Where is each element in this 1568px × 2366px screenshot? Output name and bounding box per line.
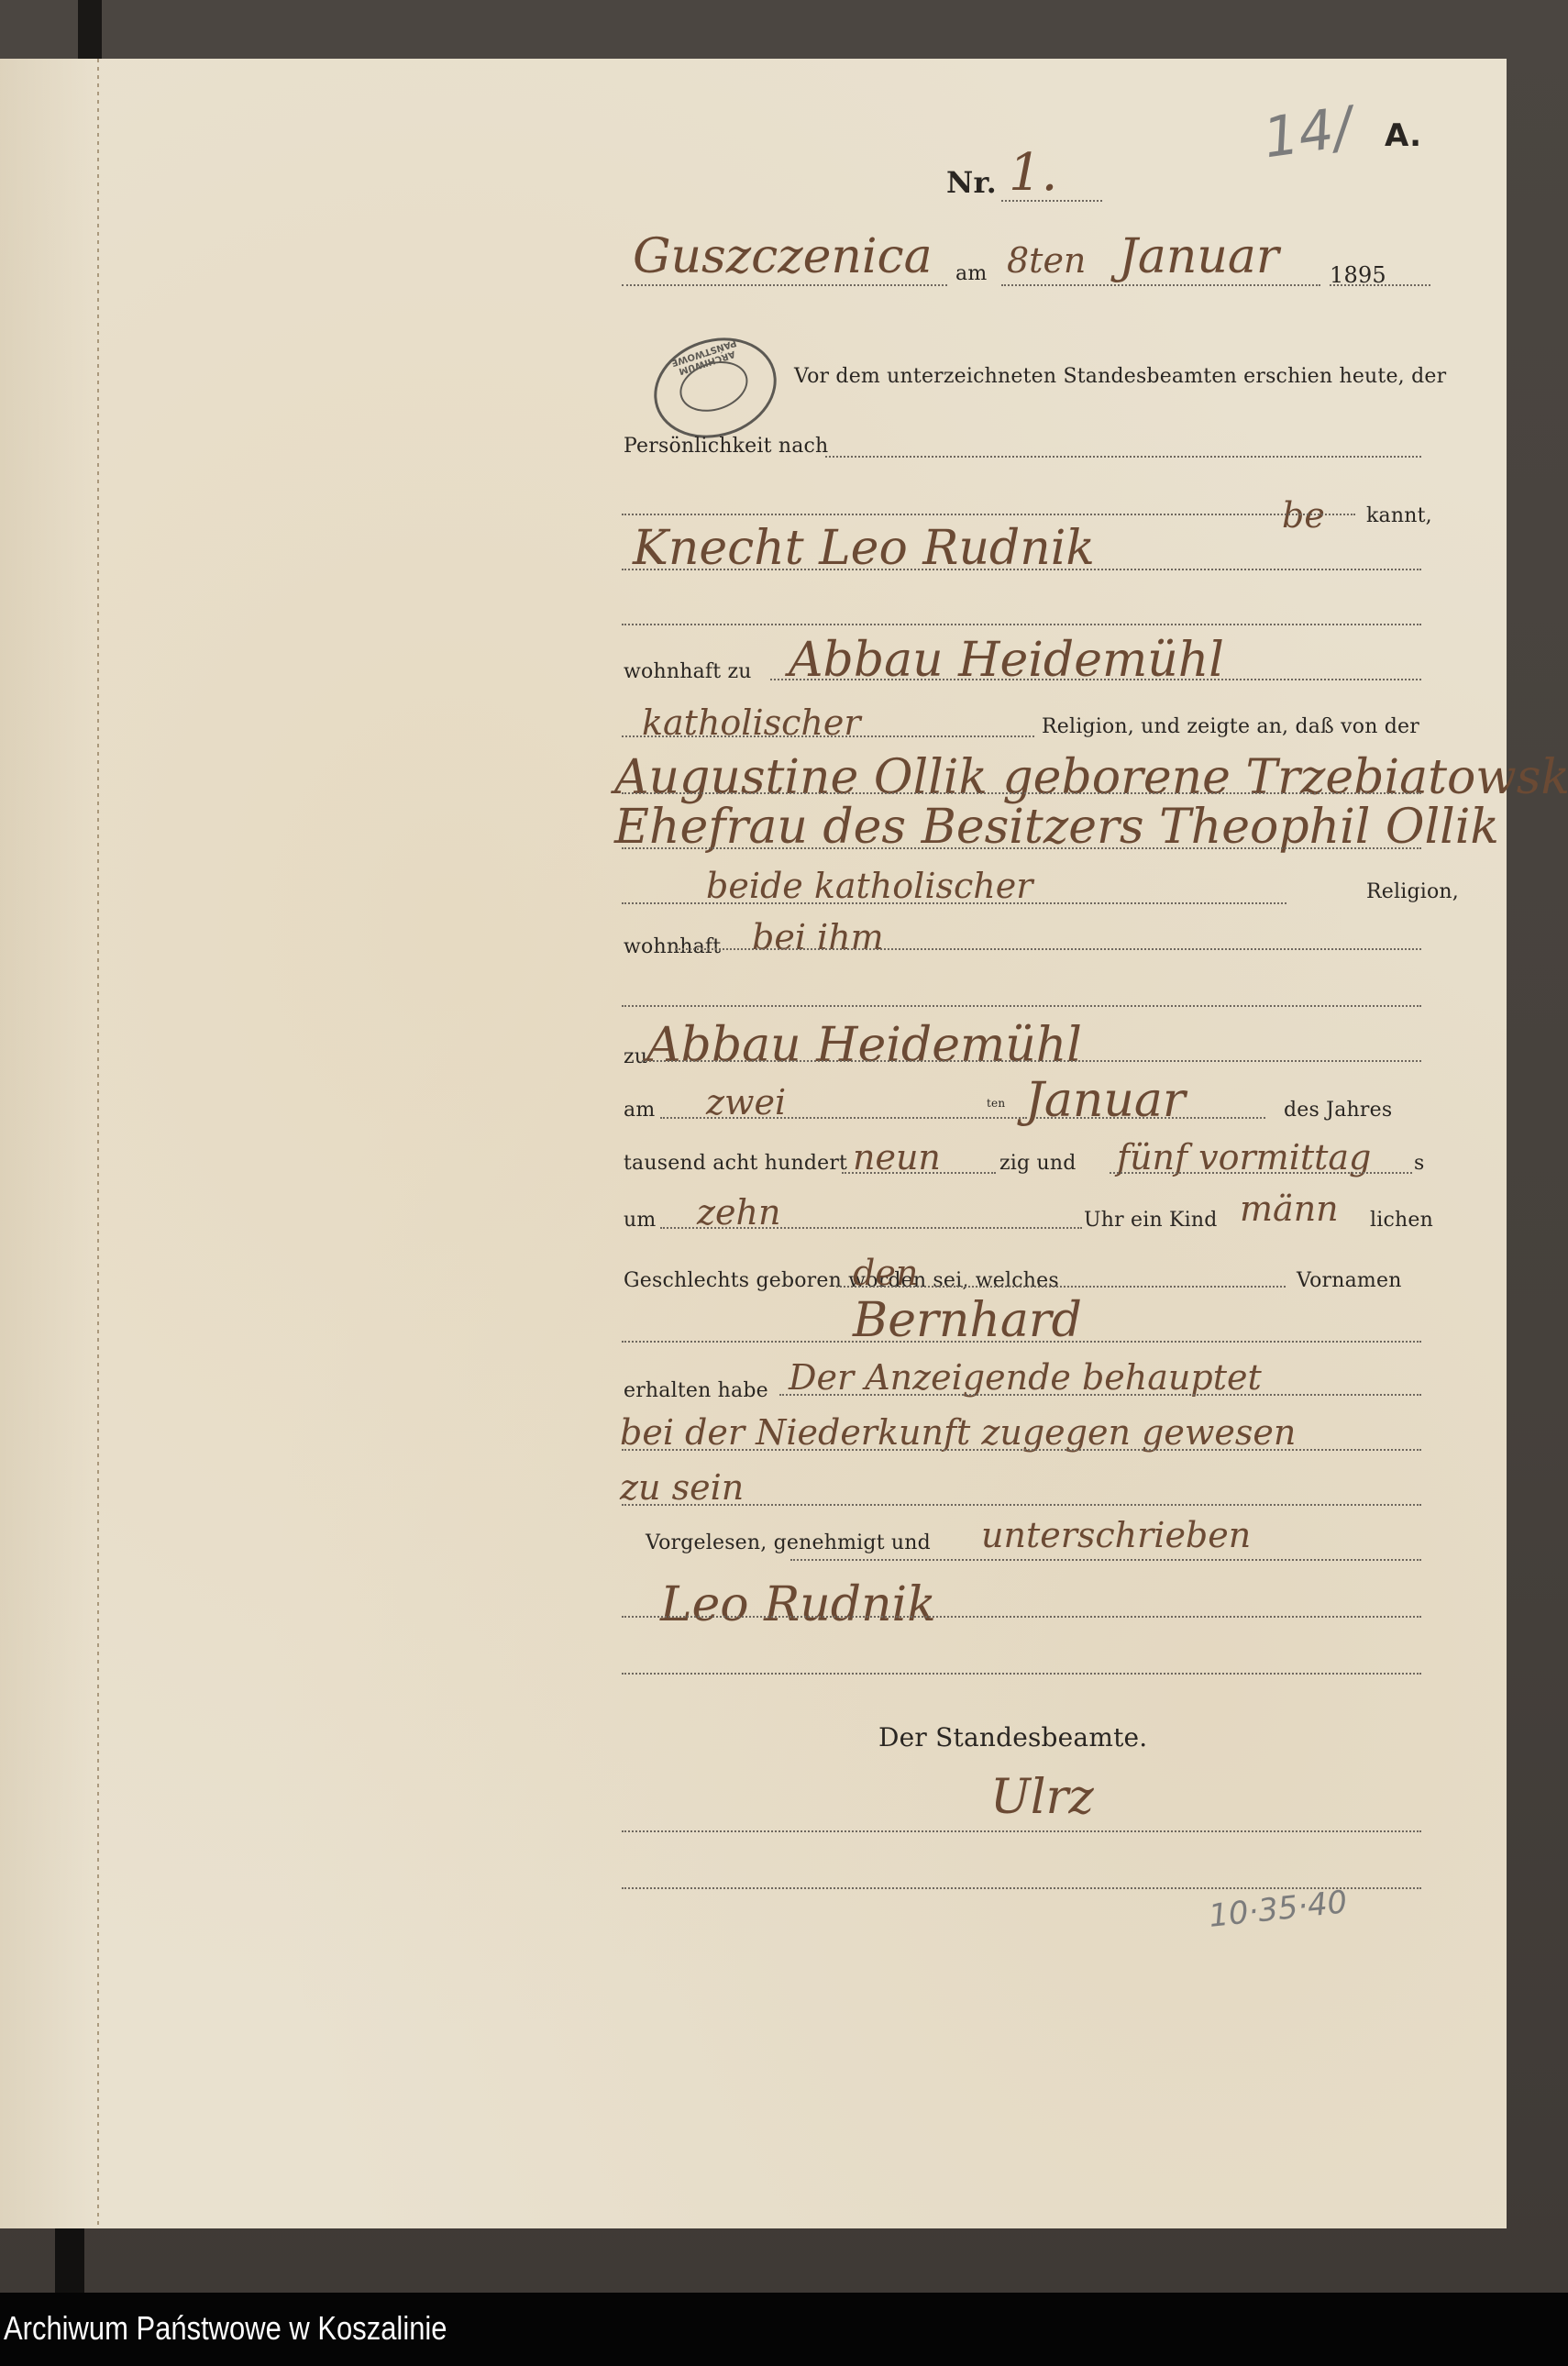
dotted-line [622, 847, 1421, 849]
dotted-line [1001, 284, 1320, 286]
archive-name: Archiwum Państwowe w Koszalinie [4, 2309, 447, 2348]
date-day: 8ten [1007, 240, 1086, 281]
dotted-line [1330, 284, 1430, 286]
known-suffix: kannt, [1366, 504, 1432, 527]
dotted-line [622, 902, 1286, 904]
dotted-line [836, 1286, 1286, 1288]
ten-suffix: ten [987, 1097, 1005, 1110]
dotted-line [675, 948, 1421, 950]
birth-place: Abbau Heidemühl [646, 1018, 1082, 1073]
dotted-line [622, 624, 1421, 625]
dotted-line [622, 569, 1421, 570]
dotted-line [1110, 1172, 1412, 1174]
at-label: zu [624, 1045, 647, 1068]
remark-line-1: Der Anzeigende behauptet [789, 1357, 1262, 1398]
residence-label: wohnhaft zu [624, 660, 752, 683]
on-label: am [624, 1099, 655, 1122]
dotted-line [622, 514, 1355, 515]
parents-residence: bei ihm [752, 917, 884, 957]
page-fold-line [97, 59, 99, 2228]
dotted-line [622, 1504, 1421, 1506]
religion-label: Religion, [1366, 880, 1459, 903]
dotted-line [825, 456, 1421, 458]
identity-label: Persönlichkeit nach [624, 435, 828, 458]
signed-word: unterschrieben [981, 1515, 1251, 1555]
dotted-line [622, 1830, 1421, 1832]
zig-und-label: zig und [999, 1152, 1077, 1175]
dotted-line [1001, 200, 1102, 202]
dotted-line [622, 1341, 1421, 1343]
left-page-strip [0, 59, 97, 2228]
intro-text: Vor dem unterzeichneten Standesbeamten e… [794, 365, 1446, 388]
place-name: Guszczenica [633, 229, 933, 284]
informant-signature: Leo Rudnik [660, 1577, 936, 1632]
dotted-line [642, 1060, 1421, 1062]
mother-name: Augustine Ollik geborene Trzebiatowska [614, 750, 1568, 805]
remark-line-3: zu sein [620, 1467, 744, 1508]
pencil-folio-number: 14/ [1260, 95, 1356, 171]
dotted-line [770, 679, 1421, 680]
s-suffix: s [1414, 1152, 1425, 1175]
thousand-label: tausend acht hundert [624, 1152, 847, 1175]
record-number-label: Nr. [946, 165, 997, 200]
hour-child-label: Uhr ein Kind [1084, 1209, 1218, 1232]
dotted-line [622, 735, 1034, 737]
dotted-line [622, 1449, 1421, 1451]
gender: männ [1240, 1189, 1339, 1229]
known-prefix: be [1282, 495, 1325, 536]
archive-footer-bar: Archiwum Państwowe w Koszalinie [0, 2293, 1568, 2366]
received-label: erhalten habe [624, 1379, 768, 1402]
binding-gap-top [78, 0, 102, 59]
dotted-line [622, 1005, 1421, 1007]
parents-religion: beide katholischer [706, 866, 1032, 906]
dotted-line [622, 1616, 1421, 1618]
dotted-line [660, 1117, 1027, 1119]
gender-born-label: Geschlechts geboren worden sei, welches [624, 1269, 1059, 1292]
record-number: 1. [1009, 143, 1057, 203]
religion-notice: Religion, und zeigte an, daß von der [1042, 715, 1419, 738]
dotted-line [790, 1559, 1421, 1561]
remark-line-2: bei der Niederkunft zugegen gewesen [620, 1412, 1296, 1453]
given-names-label: Vornamen [1297, 1269, 1402, 1292]
read-approved-label: Vorgelesen, genehmigt und [646, 1531, 931, 1554]
date-connector: am [955, 262, 987, 285]
dotted-line [779, 1394, 1421, 1396]
registrar-label: Der Standesbeamte. [878, 1722, 1147, 1752]
dotted-line [622, 284, 947, 286]
date-month: Januar [1119, 229, 1279, 284]
mother-line-2: Ehefrau des Besitzers Theophil Ollik [614, 800, 1499, 855]
dotted-line [842, 1172, 996, 1174]
um-label: um [624, 1209, 656, 1232]
year-label: des Jahres [1284, 1099, 1392, 1122]
dotted-line [1036, 1117, 1265, 1119]
child-name: Bernhard [853, 1293, 1082, 1348]
residence2-label: wohnhaft [624, 935, 721, 958]
lichen-suffix: lichen [1370, 1209, 1433, 1232]
birth-month: Januar [1025, 1073, 1186, 1128]
corner-mark: A. [1385, 117, 1421, 154]
dotted-line [660, 1227, 1082, 1229]
informant-name: Knecht Leo Rudnik [633, 521, 1095, 576]
dotted-line [622, 1673, 1421, 1675]
registrar-signature: Ulrz [990, 1770, 1094, 1825]
dotted-line [622, 792, 1421, 794]
binding-gap-bottom [55, 2227, 84, 2293]
